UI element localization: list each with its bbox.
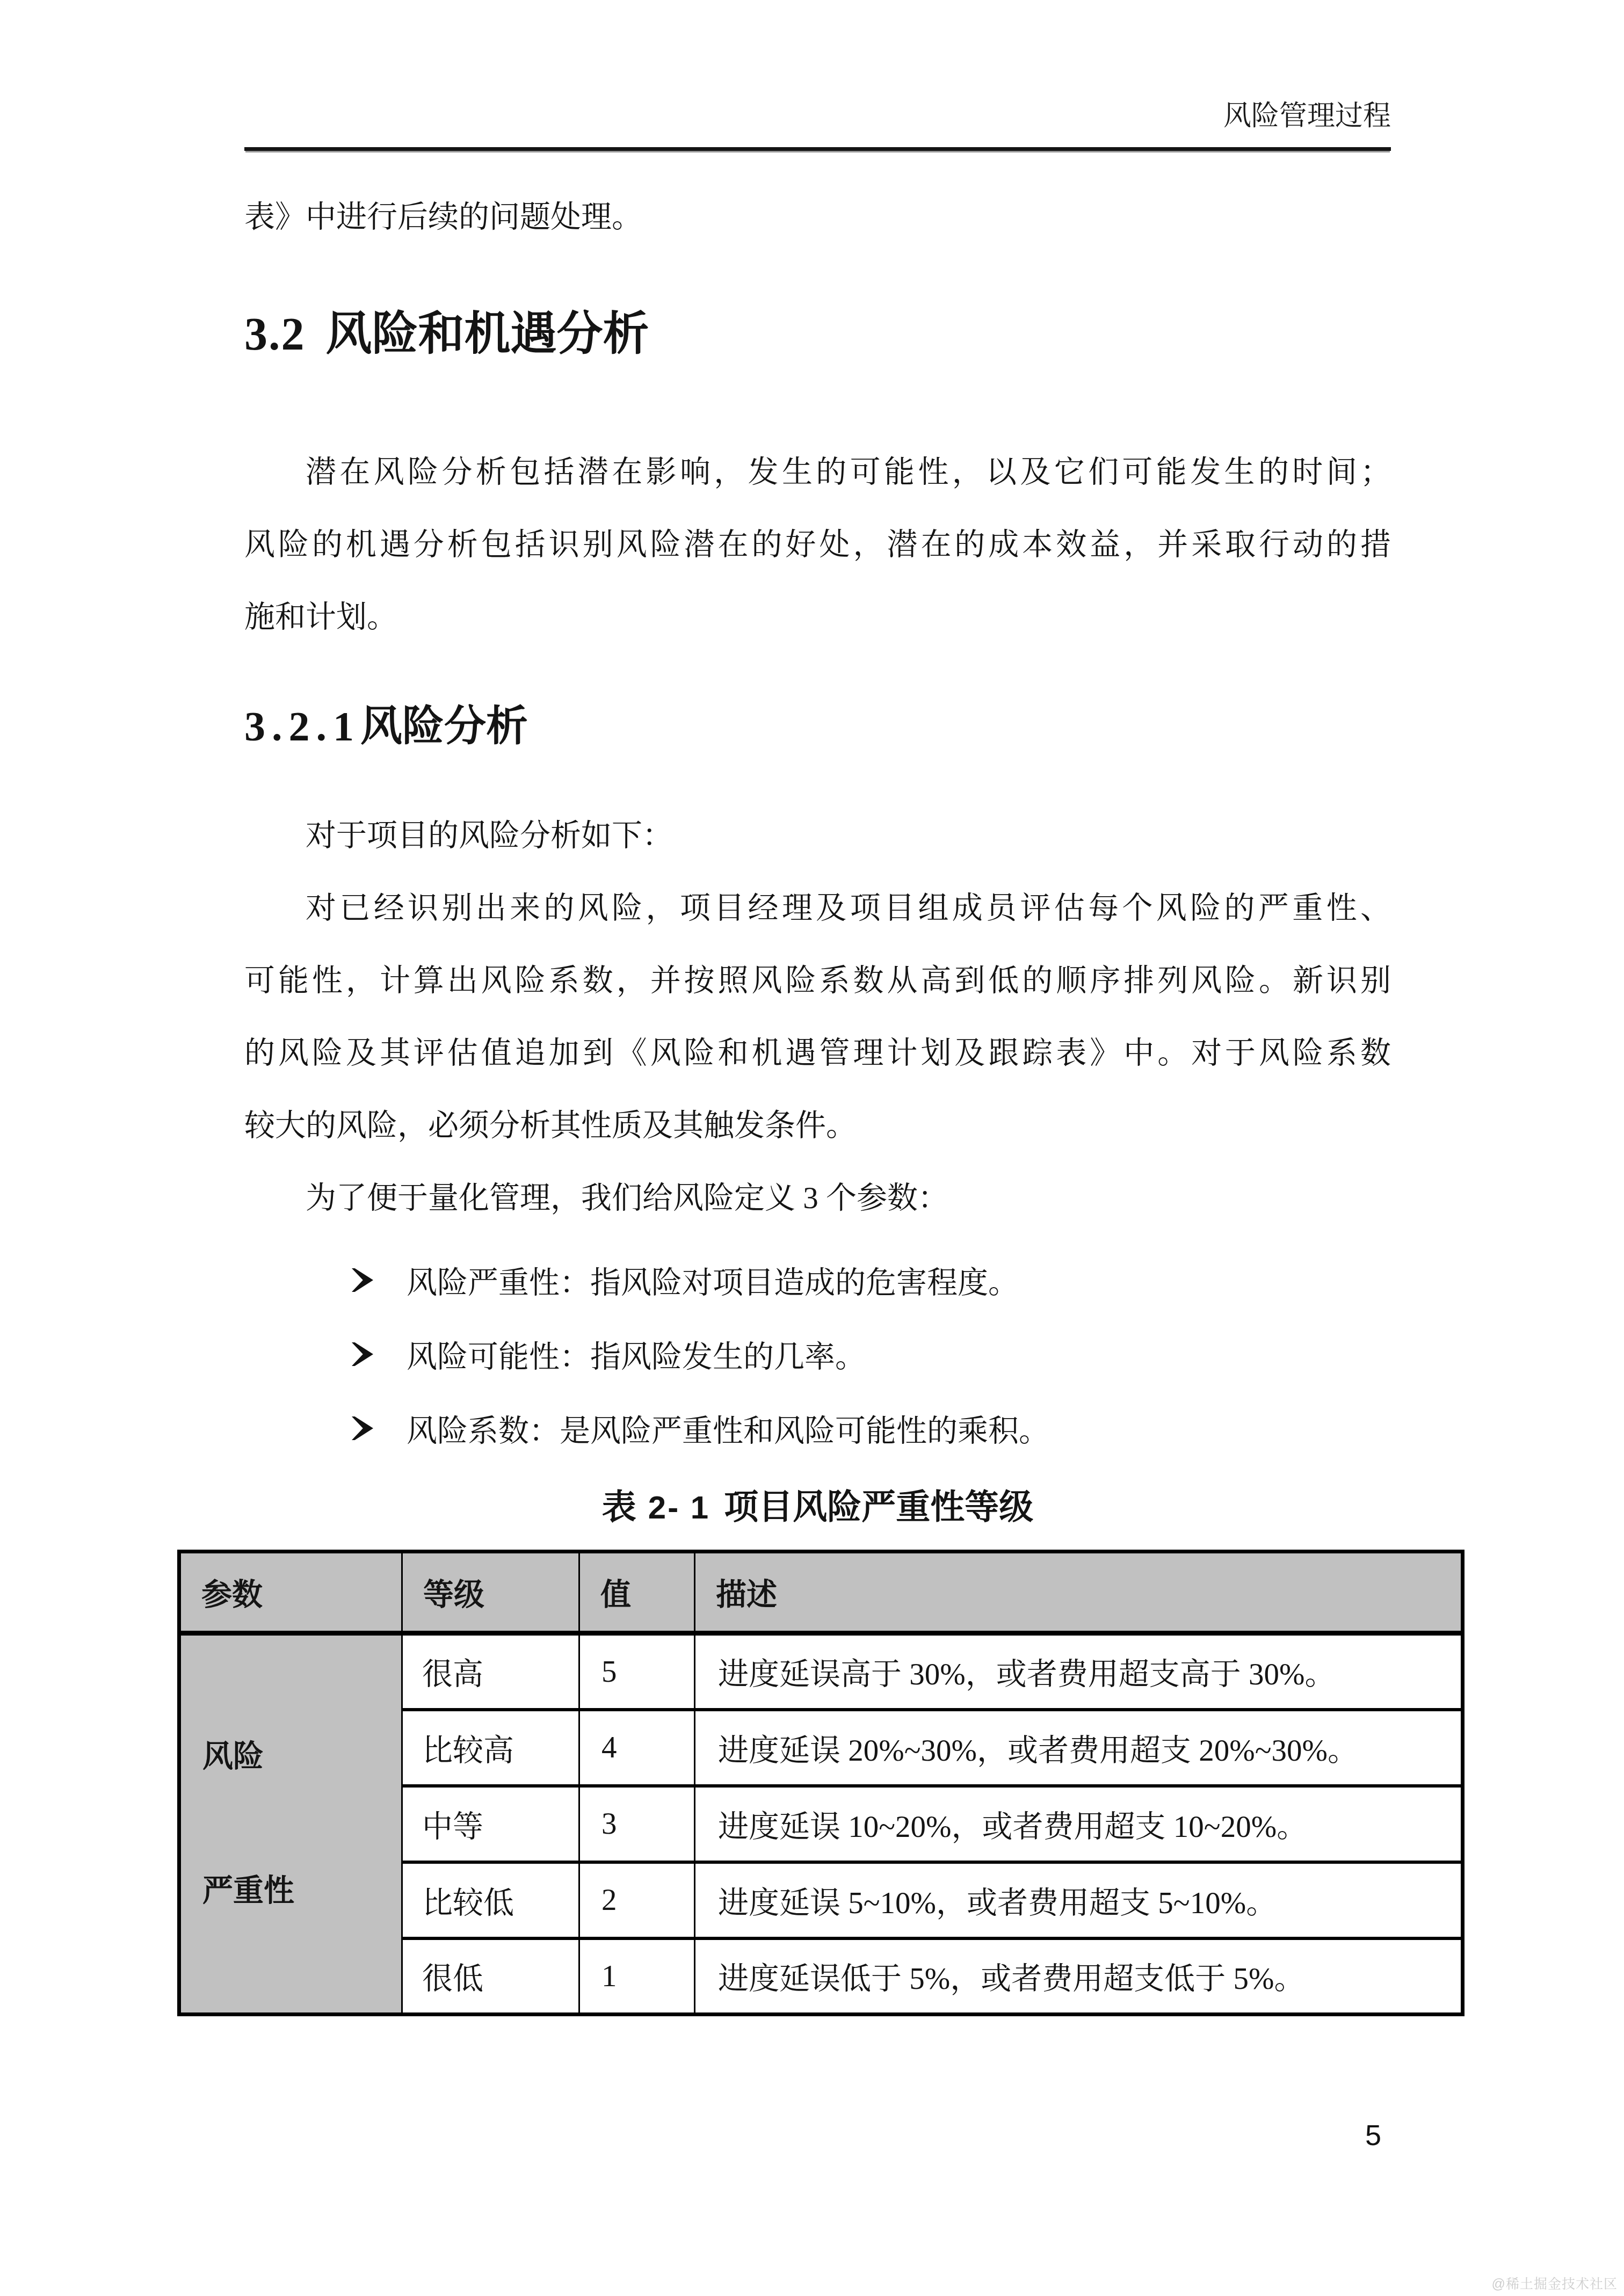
table-caption-title: 项目风险严重性等级: [724, 1488, 1033, 1526]
section-heading: 3.2风险和机遇分析: [244, 307, 1391, 361]
arrow-bullet-icon: [352, 1416, 373, 1440]
paragraph-line: 为了便于量化管理，我们给风险定义 3 个参数：: [244, 1162, 1391, 1234]
paragraph-line: 可能性，计算出风险系数，并按照风险系数从高到低的顺序排列风险。新识别: [244, 944, 1391, 1017]
row-group-label: 风险: [202, 1690, 401, 1824]
subsection-number: 3.2.1: [244, 703, 360, 750]
list-item-text: 风险可能性：指风险发生的几率。: [407, 1332, 866, 1376]
paragraph-line: 对已经识别出来的风险，项目经理及项目组成员评估每个风险的严重性、: [244, 872, 1391, 944]
column-header-value: 值: [579, 1552, 695, 1633]
severity-table: 参数 等级 值 描述 风险 严重性 很高 5 进度延误高于 30%，或者费用超支…: [177, 1550, 1465, 2016]
watermark: @稀土掘金技术社区: [1492, 2273, 1618, 2293]
severity-table-body: 风险 严重性 很高 5 进度延误高于 30%，或者费用超支高于 30%。 比较高…: [179, 1633, 1463, 2015]
list-item-text: 风险系数：是风险严重性和风险可能性的乘积。: [407, 1406, 1049, 1450]
page-header-title: 风险管理过程: [244, 100, 1391, 133]
severity-table-header: 参数 等级 值 描述: [179, 1552, 1463, 1633]
description-cell: 进度延误 20%~30%，或者费用超支 20%~30%。: [695, 1710, 1463, 1786]
paragraph-line: 表》中进行后续的问题处理。: [244, 181, 1391, 253]
list-item: 风险可能性：指风险发生的几率。: [352, 1317, 1391, 1391]
paragraph-line: 的风险及其评估值追加到《风险和机遇管理计划及跟踪表》中。对于风险系数: [244, 1017, 1391, 1089]
level-cell: 很高: [402, 1633, 579, 1710]
paragraph-line: 对于项目的风险分析如下：: [244, 800, 1391, 872]
value-cell: 2: [579, 1862, 695, 1938]
level-cell: 很低: [402, 1938, 579, 2015]
row-group-cell: 风险 严重性: [179, 1633, 402, 2015]
section-title: 风险和机遇分析: [326, 308, 649, 360]
paragraph-line: 潜在风险分析包括潜在影响，发生的可能性，以及它们可能发生的时间；: [244, 436, 1391, 508]
paragraph-risk-analysis: 对于项目的风险分析如下： 对已经识别出来的风险，项目经理及项目组成员评估每个风险…: [244, 800, 1391, 1234]
level-cell: 比较高: [402, 1710, 579, 1786]
value-cell: 3: [579, 1786, 695, 1862]
description-cell: 进度延误高于 30%，或者费用超支高于 30%。: [695, 1633, 1463, 1710]
parameter-bullet-list: 风险严重性：指风险对项目造成的危害程度。 风险可能性：指风险发生的几率。 风险系…: [244, 1243, 1391, 1465]
list-item-text: 风险严重性：指风险对项目造成的危害程度。: [407, 1258, 1019, 1302]
subsection-title: 风险分析: [360, 703, 528, 750]
level-cell: 中等: [402, 1786, 579, 1862]
document-page: 风险管理过程 表》中进行后续的问题处理。 3.2风险和机遇分析 潜在风险分析包括…: [0, 0, 1624, 2296]
header-rule: [244, 147, 1391, 151]
value-cell: 4: [579, 1710, 695, 1786]
list-item: 风险系数：是风险严重性和风险可能性的乘积。: [352, 1391, 1391, 1465]
arrow-bullet-icon: [352, 1342, 373, 1366]
level-cell: 比较低: [402, 1862, 579, 1938]
intro-paragraph: 表》中进行后续的问题处理。: [244, 181, 1391, 253]
table-caption: 表2- 1项目风险严重性等级: [244, 1487, 1391, 1528]
row-group-label: 严重性: [202, 1824, 401, 1958]
column-header-parameter: 参数: [179, 1552, 402, 1633]
paragraph-line: 施和计划。: [244, 581, 1391, 653]
document-content: 风险管理过程 表》中进行后续的问题处理。 3.2风险和机遇分析 潜在风险分析包括…: [244, 0, 1391, 2016]
table-caption-number: 2- 1: [648, 1490, 710, 1525]
table-caption-prefix: 表: [602, 1488, 636, 1526]
subsection-heading: 3.2.1风险分析: [244, 702, 1391, 751]
column-header-description: 描述: [695, 1552, 1463, 1633]
section-number: 3.2: [244, 308, 306, 360]
paragraph-risk-opportunity: 潜在风险分析包括潜在影响，发生的可能性，以及它们可能发生的时间； 风险的机遇分析…: [244, 436, 1391, 653]
paragraph-line: 较大的风险，必须分析其性质及其触发条件。: [244, 1089, 1391, 1162]
paragraph-line: 风险的机遇分析包括识别风险潜在的好处，潜在的成本效益，并采取行动的措: [244, 508, 1391, 581]
arrow-bullet-icon: [352, 1268, 373, 1292]
description-cell: 进度延误低于 5%，或者费用超支低于 5%。: [695, 1938, 1463, 2015]
table-header-row: 参数 等级 值 描述: [179, 1552, 1463, 1633]
table-row: 风险 严重性 很高 5 进度延误高于 30%，或者费用超支高于 30%。: [179, 1633, 1463, 1710]
description-cell: 进度延误 5~10%，或者费用超支 5~10%。: [695, 1862, 1463, 1938]
list-item: 风险严重性：指风险对项目造成的危害程度。: [352, 1243, 1391, 1317]
column-header-level: 等级: [402, 1552, 579, 1633]
description-cell: 进度延误 10~20%，或者费用超支 10~20%。: [695, 1786, 1463, 1862]
value-cell: 1: [579, 1938, 695, 2015]
value-cell: 5: [579, 1633, 695, 1710]
page-number: 5: [1365, 2119, 1381, 2152]
